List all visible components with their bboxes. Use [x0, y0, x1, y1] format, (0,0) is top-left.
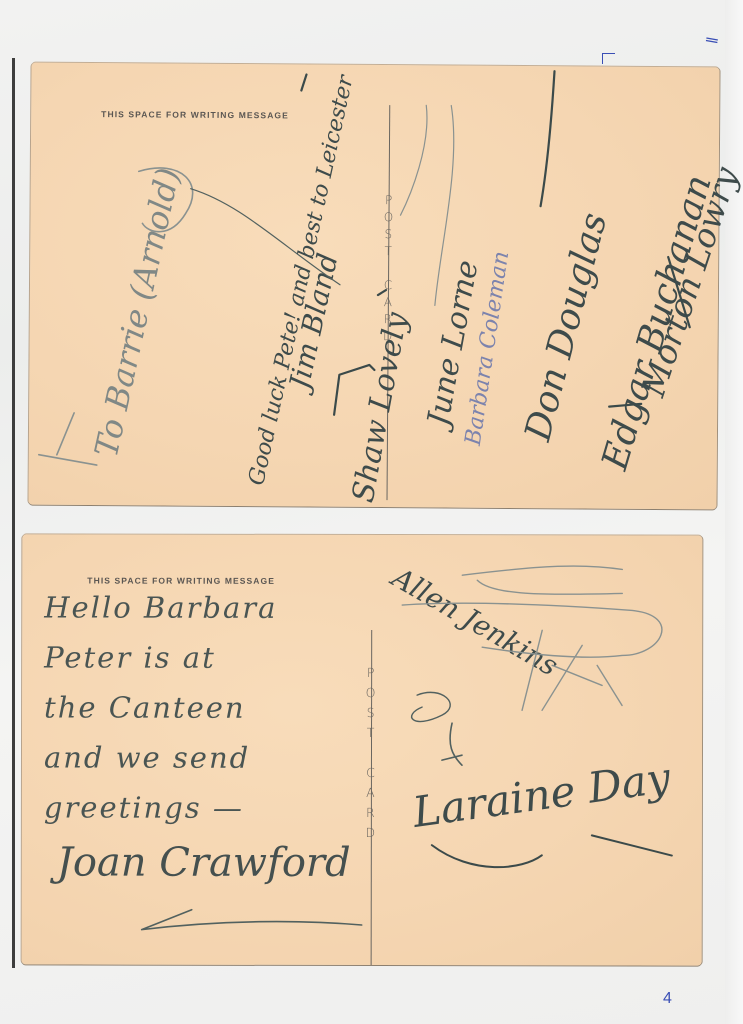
scan-page-edge — [725, 0, 743, 1024]
margin-mark-top: ‖ — [701, 35, 720, 43]
ink-strokes-bottom — [22, 534, 703, 965]
margin-bracket-mark — [602, 53, 615, 64]
binding-rule — [12, 58, 15, 968]
postcard-top: THIS SPACE FOR WRITING MESSAGE POST CARD… — [28, 63, 719, 510]
postcard-bottom: THIS SPACE FOR WRITING MESSAGE POST CARD… — [22, 534, 703, 965]
page-number-mark: 4 — [663, 990, 672, 1008]
ink-strokes-top — [28, 63, 719, 510]
